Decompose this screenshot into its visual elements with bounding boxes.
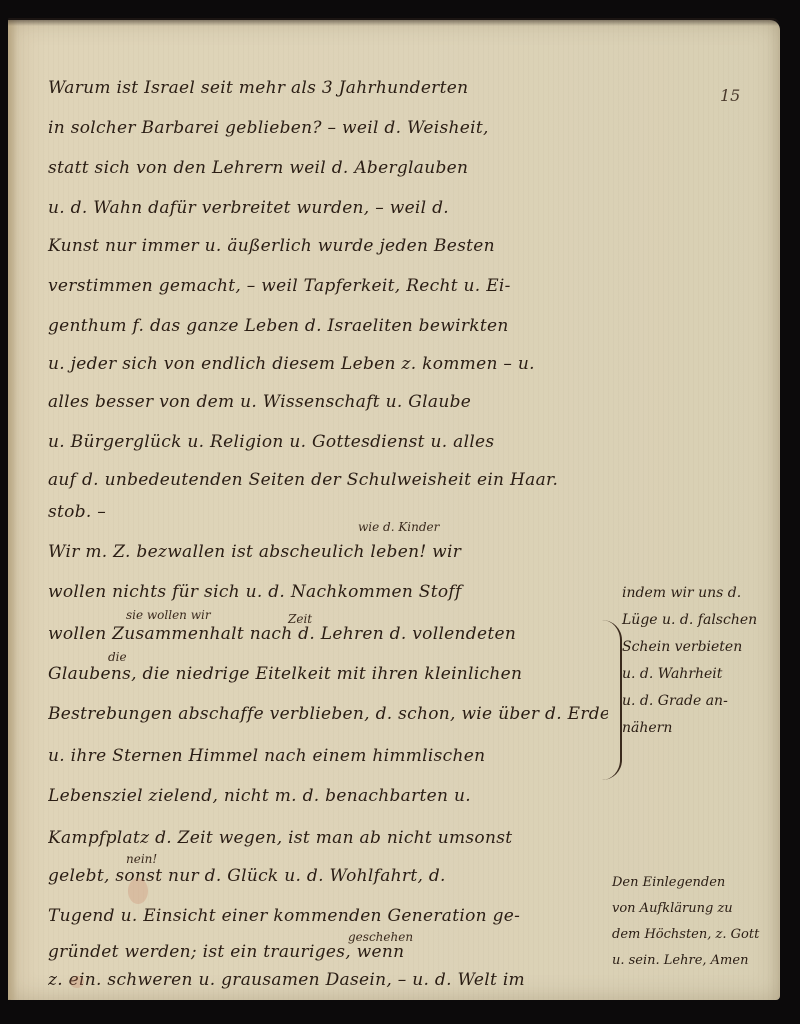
paper-stain	[128, 878, 148, 904]
text-line: alles besser von dem u. Wissenschaft u. …	[48, 392, 471, 412]
text-line: wollen Zusammenhalt nach d. Lehren d. vo…	[48, 624, 608, 644]
interlinear-insertion: die	[108, 650, 127, 664]
page-top-edge	[8, 18, 780, 26]
text-line: statt sich von den Lehrern weil d. Aberg…	[48, 158, 468, 178]
interlinear-insertion: wie d. Kinder	[358, 520, 439, 534]
paper-stain	[70, 976, 84, 988]
text-line: stob. –	[48, 502, 106, 522]
text-line: u. ihre Sternen Himmel nach einem himmli…	[48, 746, 608, 766]
text-line: Bestrebungen abschaffe verblieben, d. sc…	[48, 704, 608, 724]
interlinear-insertion: sie wollen wir	[126, 608, 211, 622]
text-line: Wir m. Z. bezwallen ist abscheulich lebe…	[48, 542, 461, 562]
margin-note: Den Einlegenden von Aufklärung zu dem Hö…	[612, 870, 759, 974]
text-line: Glaubens, die niedrige Eitelkeit mit ihr…	[48, 664, 608, 684]
text-line: u. d. Wahn dafür verbreitet wurden, – we…	[48, 198, 449, 218]
text-line: genthum f. das ganze Leben d. Israeliten…	[48, 316, 509, 336]
text-line: z. ein. schweren u. grausamen Dasein, – …	[48, 970, 608, 990]
page-number: 15	[720, 86, 740, 105]
margin-bracket	[602, 620, 622, 780]
text-line: verstimmen gemacht, – weil Tapferkeit, R…	[48, 276, 511, 296]
page-left-edge	[8, 20, 18, 1000]
text-line: Kampfplatz d. Zeit wegen, ist man ab nic…	[48, 828, 608, 848]
text-line: wollen nichts für sich u. d. Nachkommen …	[48, 582, 462, 602]
text-line: Tugend u. Einsicht einer kommenden Gener…	[48, 906, 608, 926]
text-line: Kunst nur immer u. äußerlich wurde jeden…	[48, 236, 495, 256]
text-line: Warum ist Israel seit mehr als 3 Jahrhun…	[48, 78, 468, 98]
text-line: Lebensziel zielend, nicht m. d. benachba…	[48, 786, 608, 806]
scan-background: 15 Warum ist Israel seit mehr als 3 Jahr…	[0, 0, 800, 1024]
interlinear-insertion: nein!	[126, 852, 157, 866]
text-line: u. jeder sich von endlich diesem Leben z…	[48, 354, 535, 374]
margin-note: indem wir uns d. Lüge u. d. falschen Sch…	[622, 580, 757, 742]
text-line: in solcher Barbarei geblieben? – weil d.…	[48, 118, 489, 138]
text-line: u. Bürgerglück u. Religion u. Gottesdien…	[48, 432, 494, 452]
text-line: gründet werden; ist ein trauriges, wenn	[48, 942, 608, 962]
text-line: auf d. unbedeutenden Seiten der Schulwei…	[48, 470, 558, 490]
manuscript-page: 15 Warum ist Israel seit mehr als 3 Jahr…	[8, 20, 780, 1000]
